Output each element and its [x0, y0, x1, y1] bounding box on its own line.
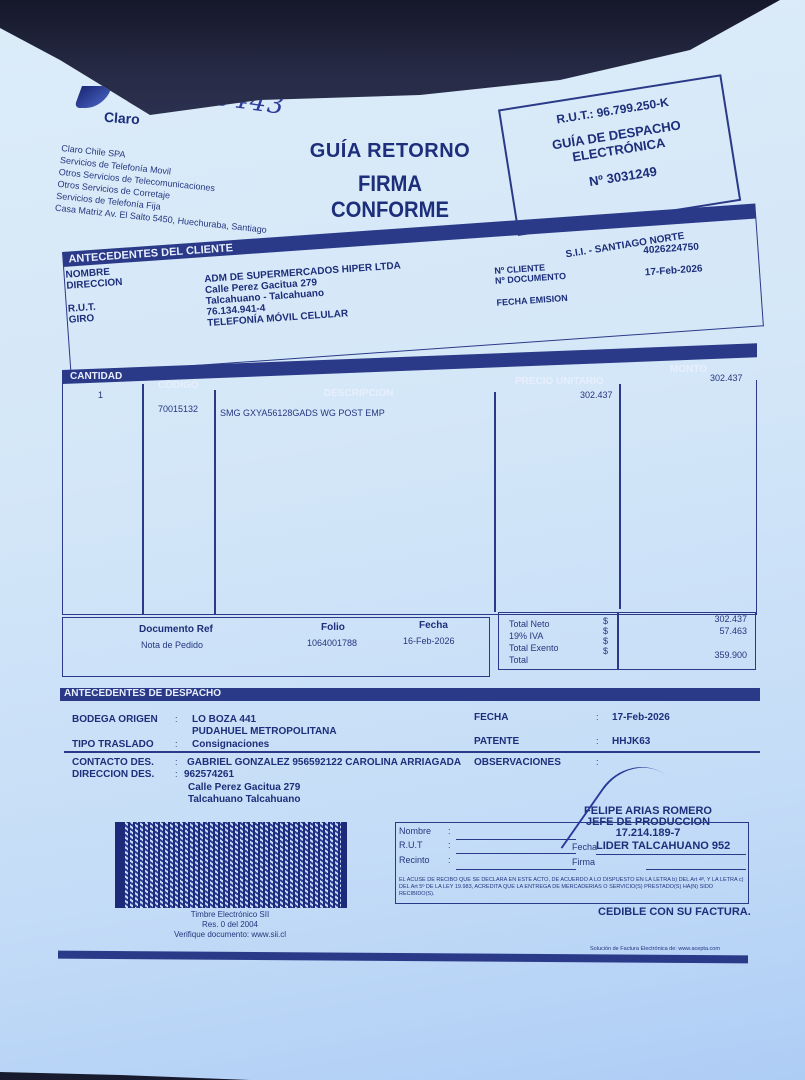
currency-symbol: $: [603, 646, 608, 656]
row-unit-price: 302.437: [580, 390, 613, 400]
stamp-line2: FIRMA CONFORME: [303, 171, 478, 223]
row-amount: 302.437: [710, 373, 743, 383]
origin-label: BODEGA ORIGEN: [72, 714, 158, 725]
dispatch-date-label: FECHA: [474, 712, 508, 723]
contact-label: CONTACTO DES.: [72, 757, 154, 768]
vat-label: 19% IVA: [509, 630, 559, 642]
total-net-label: Total Neto: [509, 618, 559, 630]
receipt-legal-text: EL ACUSE DE RECIBO QUE SE DECLARA EN EST…: [399, 877, 745, 898]
dest-address-line1: Calle Perez Gacitua 279: [188, 782, 300, 793]
col-amount-header: MONTO: [670, 364, 707, 375]
ref-doc-header: Documento Ref: [139, 624, 213, 635]
dispatch-guide-document: Claro 886443 Claro Chile SPA Servicios d…: [0, 0, 805, 1080]
totals-divider: [617, 613, 619, 669]
stamp-line1: GUÍA RETORNO: [295, 140, 485, 163]
footer-bar: [58, 951, 748, 964]
input-line: [456, 853, 576, 854]
items-table: CANTIDAD CODIGO DESCRIPCION PRECIO UNITA…: [62, 370, 757, 615]
col-divider: [214, 390, 216, 615]
currency-symbol: $: [603, 616, 608, 626]
exempt-label: Total Exento: [509, 642, 559, 654]
dest-address-line2: Talcahuano Talcahuano: [188, 794, 300, 805]
exempt-value: [714, 637, 747, 649]
claro-logo-icon: [74, 86, 112, 108]
origin-line1: LO BOZA 441: [192, 714, 256, 725]
totals-box: Total Neto 19% IVA Total Exento Total $ …: [498, 612, 756, 670]
cedible-text: CEDIBLE CON SU FACTURA.: [598, 906, 751, 918]
timbre-line1: Timbre Electrónico SII: [150, 910, 310, 920]
col-divider: [494, 392, 496, 612]
dispatch-section-header: ANTECEDENTES DE DESPACHO: [60, 688, 760, 701]
timbre-info: Timbre Electrónico SII Res. 0 del 2004 V…: [150, 910, 310, 940]
total-label: Total: [509, 654, 559, 666]
ref-folio: 1064001788: [307, 638, 357, 648]
plate-value: HHJK63: [612, 736, 650, 747]
dest-phone: 962574261: [184, 769, 234, 780]
row-code: 70015132: [158, 404, 198, 414]
col-divider: [619, 384, 621, 609]
input-line: [456, 869, 576, 870]
transfer-value: Consignaciones: [192, 739, 269, 750]
ref-doc: Nota de Pedido: [141, 640, 203, 650]
origin-line2: PUDAHUEL METROPOLITANA: [192, 726, 337, 737]
contact-value: GABRIEL GONZALEZ 956592122 CAROLINA ARRI…: [187, 757, 461, 768]
dispatch-divider: [64, 751, 760, 753]
dispatch-date: 17-Feb-2026: [612, 712, 670, 723]
provider-credit: Solución de Factura Electrónica de: www.…: [590, 946, 720, 952]
items-box: [62, 380, 757, 615]
row-qty: 1: [98, 390, 103, 400]
plate-label: PATENTE: [474, 736, 519, 747]
total-value: 359.900: [714, 649, 747, 661]
ref-folio-header: Folio: [321, 622, 345, 633]
ref-date: 16-Feb-2026: [403, 636, 455, 646]
company-info: Claro Chile SPA Servicios de Telefonía M…: [54, 142, 273, 236]
col-divider: [142, 384, 144, 615]
timbre-line2: Res. 0 del 2004: [150, 920, 310, 930]
pdf417-barcode: [115, 822, 347, 908]
notes-label: OBSERVACIONES: [474, 757, 561, 768]
ref-date-header: Fecha: [419, 620, 448, 631]
transfer-label: TIPO TRASLADO: [72, 739, 154, 750]
vat-value: 57.463: [714, 625, 747, 637]
receipt-rut-label: R.U.T: [399, 840, 423, 850]
receipt-site-label: Recinto: [399, 855, 430, 865]
currency-symbol: $: [603, 636, 608, 646]
timbre-verify: Verifique documento: www.sii.cl: [150, 930, 310, 940]
return-stamp: GUÍA RETORNO FIRMA CONFORME: [295, 140, 485, 223]
receipt-name-label: Nombre: [399, 826, 431, 836]
total-net-value: 302.437: [714, 613, 747, 625]
input-line: [456, 839, 576, 840]
dest-address-label: DIRECCION DES.: [72, 769, 154, 780]
logo-text: Claro: [103, 109, 140, 127]
row-description: SMG GXYA56128GADS WG POST EMP: [220, 408, 385, 418]
references-box: Documento Ref Folio Fecha Nota de Pedido…: [62, 617, 490, 677]
currency-symbol: $: [603, 626, 608, 636]
